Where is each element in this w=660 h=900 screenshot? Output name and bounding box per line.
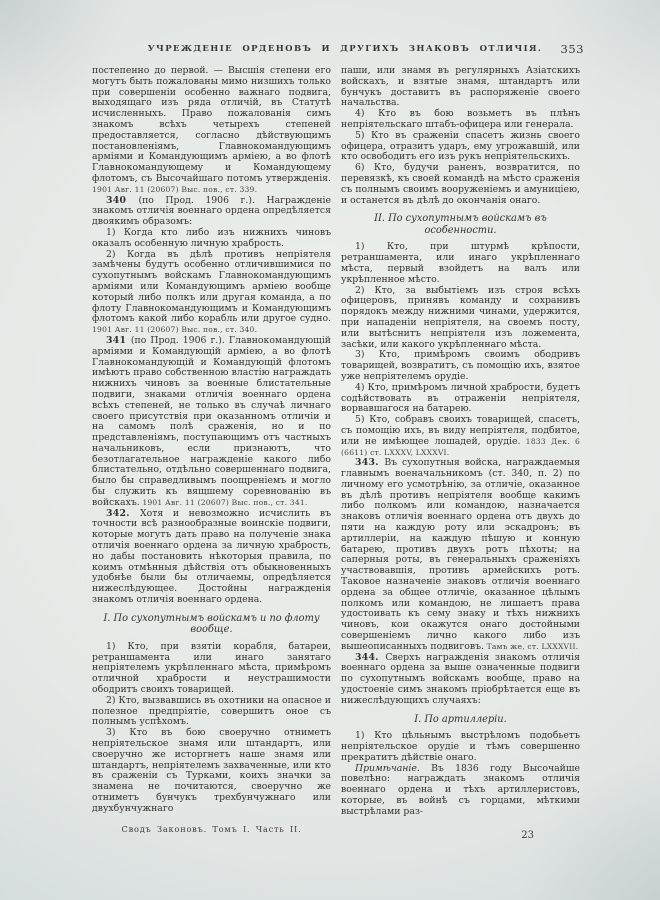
page-number: 353: [561, 42, 584, 56]
paragraph: 342. Хотя и невозможно исчислить въ точн…: [92, 509, 331, 606]
citation: Тамъ же, ст. LXXXVII.: [484, 642, 578, 651]
footer-imprint: Сводъ Законовъ. Томъ I. Часть II.: [92, 824, 331, 834]
article-number: 342.: [106, 508, 140, 519]
paragraph: паши, или знамя въ регулярныхъ Азіатских…: [341, 66, 580, 109]
paragraph: 1) Кто, при штурмѣ крѣпости, ретраншамен…: [341, 242, 580, 285]
paragraph: 344. Сверхъ награжденія знакомъ отличія …: [341, 653, 580, 707]
paragraph: 4) Кто въ бою возьметъ въ плѣнъ непріяте…: [341, 109, 580, 131]
right-column: паши, или знамя въ регулярныхъ Азіатских…: [341, 66, 580, 841]
paragraph: 5) Кто въ сраженіи спасетъ жизнь своего …: [341, 131, 580, 163]
running-title: УЧРЕЖДЕНІЕ ОРДЕНОВЪ И ДРУГИХЪ ЗНАКОВЪ ОТ…: [92, 44, 598, 54]
article-number: 341: [106, 335, 131, 346]
citation: 1901 Авг. 11 (20607) Выс. пов., ст. 340.: [92, 325, 257, 334]
paragraph: 4) Кто, примѣромъ личной храбрости, буде…: [341, 383, 580, 415]
paragraph: 340 (по Прод. 1906 г.). Награжденіе знак…: [92, 196, 331, 228]
section-heading: I. По сухопутнымъ войскамъ и по флоту во…: [92, 613, 331, 636]
paragraph: 2) Когда въ дѣлѣ противъ непріятеля замѣ…: [92, 250, 331, 336]
article-number: 340: [106, 195, 138, 206]
paragraph: 2) Кто, за выбытіемъ изъ строя всѣхъ офи…: [341, 286, 580, 351]
page-header: УЧРЕЖДЕНІЕ ОРДЕНОВЪ И ДРУГИХЪ ЗНАКОВЪ ОТ…: [92, 44, 598, 60]
citation: 1901 Авг. 11 (20607) Выс. пов., ст. 341.: [140, 498, 308, 507]
section-heading: II. По сухопутнымъ войскамъ въ особеннос…: [341, 213, 580, 236]
signature-number: 23: [341, 830, 580, 841]
paragraph: 6) Кто, будучи раненъ, возвратится, по п…: [341, 163, 580, 206]
left-column: постепенно до первой. — Высшія степени е…: [92, 66, 331, 841]
paragraph: 3) Кто, примѣромъ своимъ ободривъ товари…: [341, 350, 580, 382]
paragraph: 1) Кто, при взятіи корабля, батареи, рет…: [92, 642, 331, 696]
note-label: Примѣчаніе.: [355, 763, 431, 774]
paragraph: Примѣчаніе. Въ 1836 году Высочайше повел…: [341, 764, 580, 818]
text-columns: постепенно до первой. — Высшія степени е…: [92, 66, 580, 841]
paragraph: 2) Кто, вызвавшись въ охотники на опасно…: [92, 696, 331, 728]
paragraph: 1) Кто цѣльнымъ выстрѣломъ подобьетъ неп…: [341, 731, 580, 763]
scanned-page: УЧРЕЖДЕНІЕ ОРДЕНОВЪ И ДРУГИХЪ ЗНАКОВЪ ОТ…: [0, 0, 660, 900]
paragraph: 1) Когда кто либо изъ нижнихъ чиновъ ока…: [92, 228, 331, 250]
section-heading: I. По артиллеріи.: [341, 714, 580, 726]
paragraph: 5) Кто, собравъ своихъ товарищей, спасет…: [341, 415, 580, 458]
article-number: 343.: [355, 457, 384, 468]
citation: 1833 Дек. 6 (6611) ст. LXXXV, LXXXVI.: [341, 437, 580, 457]
article-number: 344.: [355, 652, 385, 663]
paragraph: 3) Кто въ бою своеручно отниметъ непріят…: [92, 728, 331, 814]
citation: 1901 Авг. 11 (20607) Выс. пов., ст. 339.: [92, 185, 257, 194]
paragraph: 341 (по Прод. 1906 г.). Главнокомандующі…: [92, 336, 331, 509]
paragraph: 343. Въ сухопутныя войска, награждаемыя …: [341, 458, 580, 652]
paragraph: постепенно до первой. — Высшія степени е…: [92, 66, 331, 196]
